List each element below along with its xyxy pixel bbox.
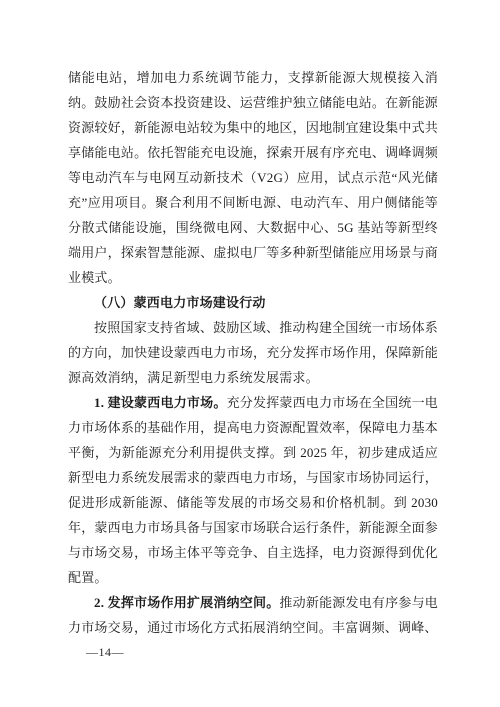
paragraph-intro: 按照国家支持省域、鼓励区域、推动构建全国统一市场体系的方向，加快建设蒙西电力市场… [68, 315, 438, 390]
section-heading: （八）蒙西电力市场建设行动 [68, 290, 438, 315]
paragraph-continuation: 储能电站，增加电力系统调节能力，支撑新能源大规模接入消纳。鼓励社会资本投资建设、… [68, 65, 438, 290]
item-1-title: 1. 建设蒙西电力市场。 [94, 395, 227, 410]
numbered-item-1: 1. 建设蒙西电力市场。充分发挥蒙西电力市场在全国统一电力市场体系的基础作用，提… [68, 390, 438, 590]
numbered-item-2: 2. 发挥市场作用扩展消纳空间。推动新能源发电有序参与电力市场交易，通过市场化方… [68, 590, 438, 640]
item-1-body: 充分发挥蒙西电力市场在全国统一电力市场体系的基础作用，提高电力资源配置效率，保障… [68, 395, 438, 585]
page-number: —14— [86, 645, 124, 660]
document-body: 储能电站，增加电力系统调节能力，支撑新能源大规模接入消纳。鼓励社会资本投资建设、… [68, 65, 438, 640]
document-page: 储能电站，增加电力系统调节能力，支撑新能源大规模接入消纳。鼓励社会资本投资建设、… [0, 0, 500, 707]
item-2-title: 2. 发挥市场作用扩展消纳空间。 [94, 595, 279, 610]
